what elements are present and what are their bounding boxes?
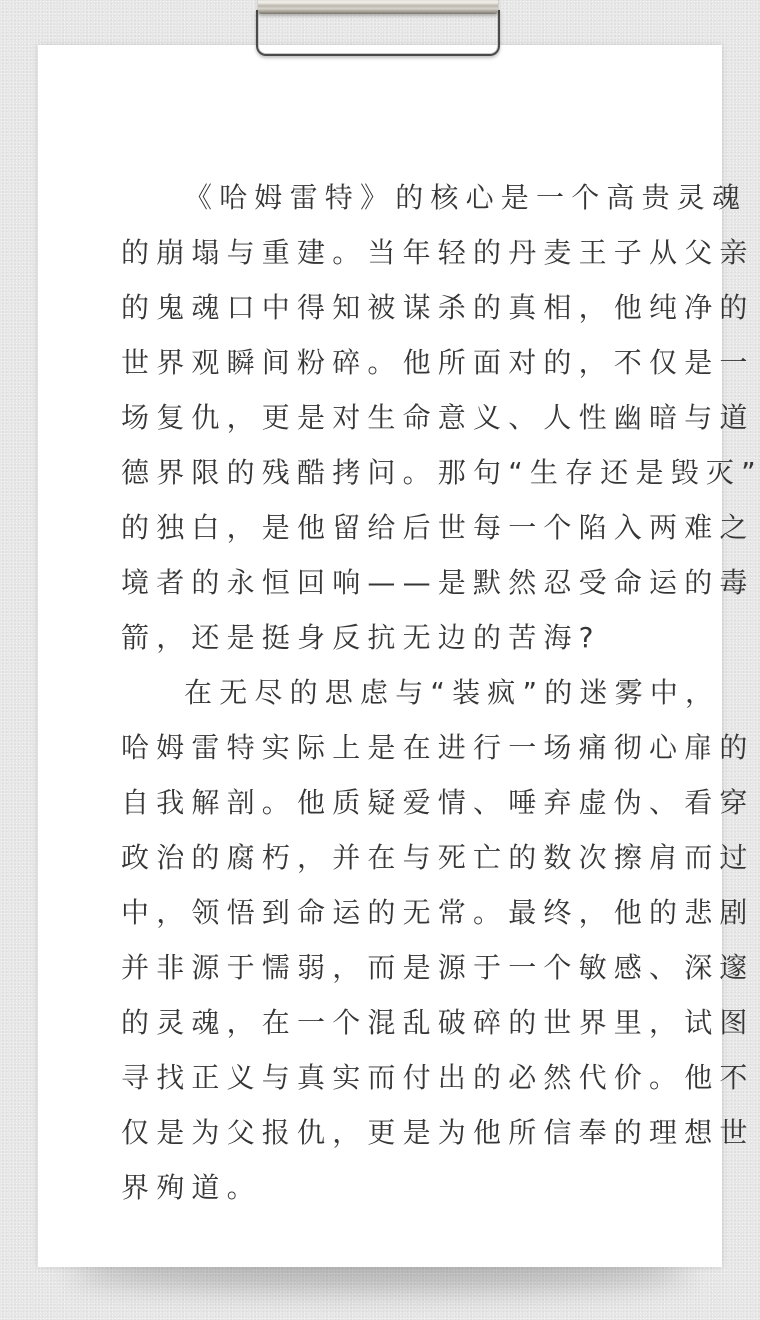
text-line: 政治的腐朽，并在与死亡的数次擦肩而过	[121, 830, 731, 885]
text-line: 的灵魂，在一个混乱破碎的世界里，试图	[121, 995, 731, 1050]
text-line: 自我解剖。他质疑爱情、唾弃虚伪、看穿	[121, 775, 731, 830]
text-line: 场复仇，更是对生命意义、人性幽暗与道	[121, 390, 731, 445]
essay-body: 《哈姆雷特》的核心是一个高贵灵魂 的崩塌与重建。当年轻的丹麦王子从父亲 的鬼魂口…	[121, 170, 731, 1215]
binder-clip-icon	[254, 0, 504, 62]
text-line: 的崩塌与重建。当年轻的丹麦王子从父亲	[121, 225, 731, 280]
clip-bar	[258, 0, 498, 14]
text-line: 哈姆雷特实际上是在进行一场痛彻心扉的	[121, 720, 731, 775]
text-line: 在无尽的思虑与“装疯”的迷雾中，	[121, 665, 731, 720]
text-line: 《哈姆雷特》的核心是一个高贵灵魂	[121, 170, 731, 225]
text-line: 的鬼魂口中得知被谋杀的真相，他纯净的	[121, 280, 731, 335]
paper-sheet: 《哈姆雷特》的核心是一个高贵灵魂 的崩塌与重建。当年轻的丹麦王子从父亲 的鬼魂口…	[38, 45, 722, 1267]
text-line: 仅是为父报仇，更是为他所信奉的理想世	[121, 1105, 731, 1160]
clip-wire	[256, 10, 500, 56]
text-line: 的独白，是他留给后世每一个陷入两难之	[121, 500, 731, 555]
paragraph-2: 在无尽的思虑与“装疯”的迷雾中， 哈姆雷特实际上是在进行一场痛彻心扉的 自我解剖…	[121, 665, 731, 1215]
text-line: 界殉道。	[121, 1160, 731, 1215]
paragraph-1: 《哈姆雷特》的核心是一个高贵灵魂 的崩塌与重建。当年轻的丹麦王子从父亲 的鬼魂口…	[121, 170, 731, 665]
text-line: 并非源于懦弱，而是源于一个敏感、深邃	[121, 940, 731, 995]
text-line: 德界限的残酷拷问。那句“生存还是毁灭”	[121, 445, 731, 500]
text-line: 寻找正义与真实而付出的必然代价。他不	[121, 1050, 731, 1105]
text-line: 箭，还是挺身反抗无边的苦海?	[121, 610, 731, 665]
text-line: 境者的永恒回响——是默然忍受命运的毒	[121, 555, 731, 610]
text-line: 世界观瞬间粉碎。他所面对的，不仅是一	[121, 335, 731, 390]
text-line: 中，领悟到命运的无常。最终，他的悲剧	[121, 885, 731, 940]
